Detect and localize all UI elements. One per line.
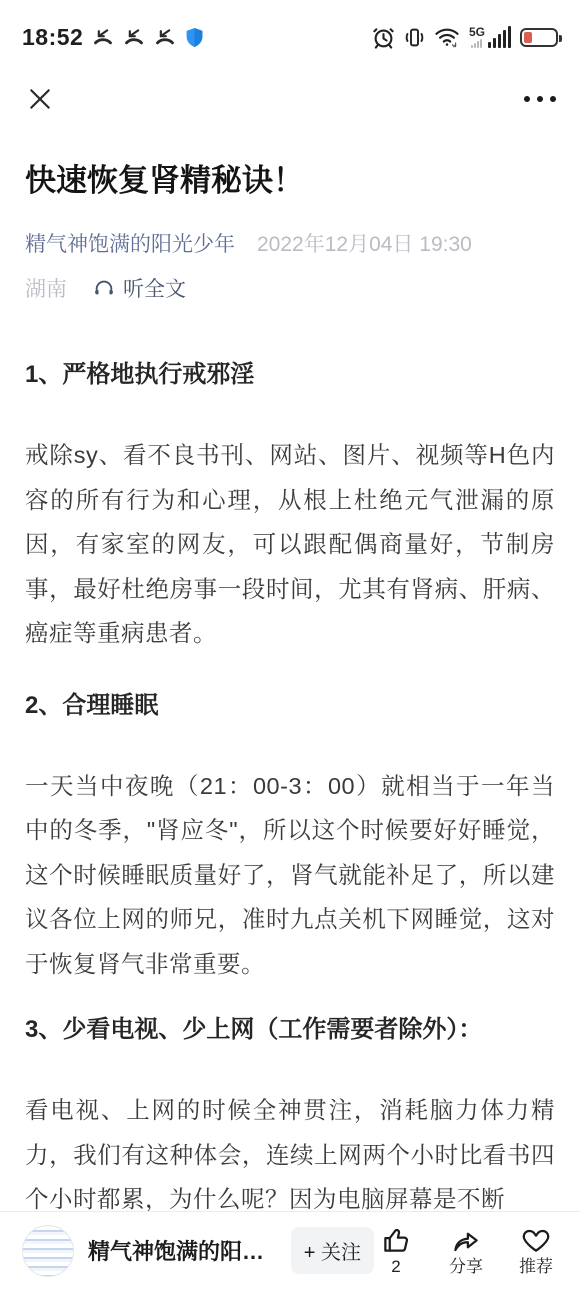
follow-button[interactable]: + 关注: [291, 1227, 374, 1274]
share-label: 分享: [449, 1257, 483, 1277]
section-heading: 2、合理睡眠: [25, 690, 555, 722]
more-options-button[interactable]: [520, 79, 560, 119]
like-count: 2: [391, 1257, 400, 1277]
section-heading: 3、少看电视、少上网（工作需要者除外）：: [25, 1014, 555, 1046]
primary-signal-bars: [488, 26, 511, 48]
bottom-author-name[interactable]: 精气神饱满的阳光...: [88, 1235, 277, 1266]
top-bar: [0, 74, 580, 124]
section-paragraph: 一天当中夜晚（21：00-3：00）就相当于一年当中的冬季，"肾应冬"，所以这个…: [25, 764, 555, 987]
missed-call-icon: [92, 27, 114, 47]
listen-label: 听全文: [123, 273, 186, 303]
heart-icon: [521, 1225, 551, 1255]
vibrate-icon: [404, 26, 425, 49]
publish-date: 2022年12月04日 19:30: [257, 228, 472, 258]
article-title: 快速恢复肾精秘诀！: [25, 160, 555, 202]
thumbs-up-icon: [381, 1225, 411, 1255]
battery-icon: [520, 28, 558, 47]
bottom-action-bar: 精气神饱满的阳光... + 关注 2 分享 推荐: [0, 1211, 580, 1295]
wifi-icon: [434, 26, 460, 48]
cell-signal-icon: 5G: [469, 26, 511, 48]
secondary-signal-bars: [471, 39, 482, 48]
author-avatar[interactable]: [22, 1225, 74, 1277]
alarm-clock-icon: [372, 26, 395, 49]
close-button[interactable]: [20, 79, 60, 119]
missed-call-icon: [154, 27, 176, 47]
recommend-button[interactable]: 推荐: [514, 1225, 558, 1277]
more-options-icon: [524, 96, 556, 102]
article-section: 3、少看电视、少上网（工作需要者除外）： 看电视、上网的时候全神贯注，消耗脑力体…: [25, 1014, 555, 1222]
article-meta-secondary: 湖南 听全文: [25, 273, 555, 303]
listen-full-text-button[interactable]: 听全文: [93, 273, 186, 303]
article-meta: 精气神饱满的阳光少年 2022年12月04日 19:30: [25, 228, 555, 258]
section-paragraph: 戒除sy、看不良书刊、网站、图片、视频等H色内容的所有行为和心理，从根上杜绝元气…: [25, 433, 555, 656]
location-label: 湖南: [25, 273, 67, 303]
like-button[interactable]: 2: [374, 1225, 418, 1277]
status-time: 18:52: [22, 24, 83, 51]
close-icon: [27, 86, 53, 112]
section-paragraph: 看电视、上网的时候全神贯注，消耗脑力体力精力，我们有这种体会，连续上网两个小时比…: [25, 1088, 555, 1222]
recommend-label: 推荐: [519, 1257, 553, 1277]
article-section: 2、合理睡眠 一天当中夜晚（21：00-3：00）就相当于一年当中的冬季，"肾应…: [25, 690, 555, 987]
author-link[interactable]: 精气神饱满的阳光少年: [25, 228, 235, 258]
status-bar: 18:52 5G: [0, 0, 580, 58]
article-section: 1、严格地执行戒邪淫 戒除sy、看不良书刊、网站、图片、视频等H色内容的所有行为…: [25, 359, 555, 656]
security-shield-icon: [185, 27, 204, 48]
network-type-label: 5G: [469, 26, 485, 38]
article-content: 快速恢复肾精秘诀！ 精气神饱满的阳光少年 2022年12月04日 19:30 湖…: [0, 160, 580, 1222]
section-heading: 1、严格地执行戒邪淫: [25, 359, 555, 391]
share-button[interactable]: 分享: [444, 1225, 488, 1277]
headphones-icon: [93, 277, 115, 299]
missed-call-icon: [123, 27, 145, 47]
share-arrow-icon: [451, 1225, 481, 1255]
